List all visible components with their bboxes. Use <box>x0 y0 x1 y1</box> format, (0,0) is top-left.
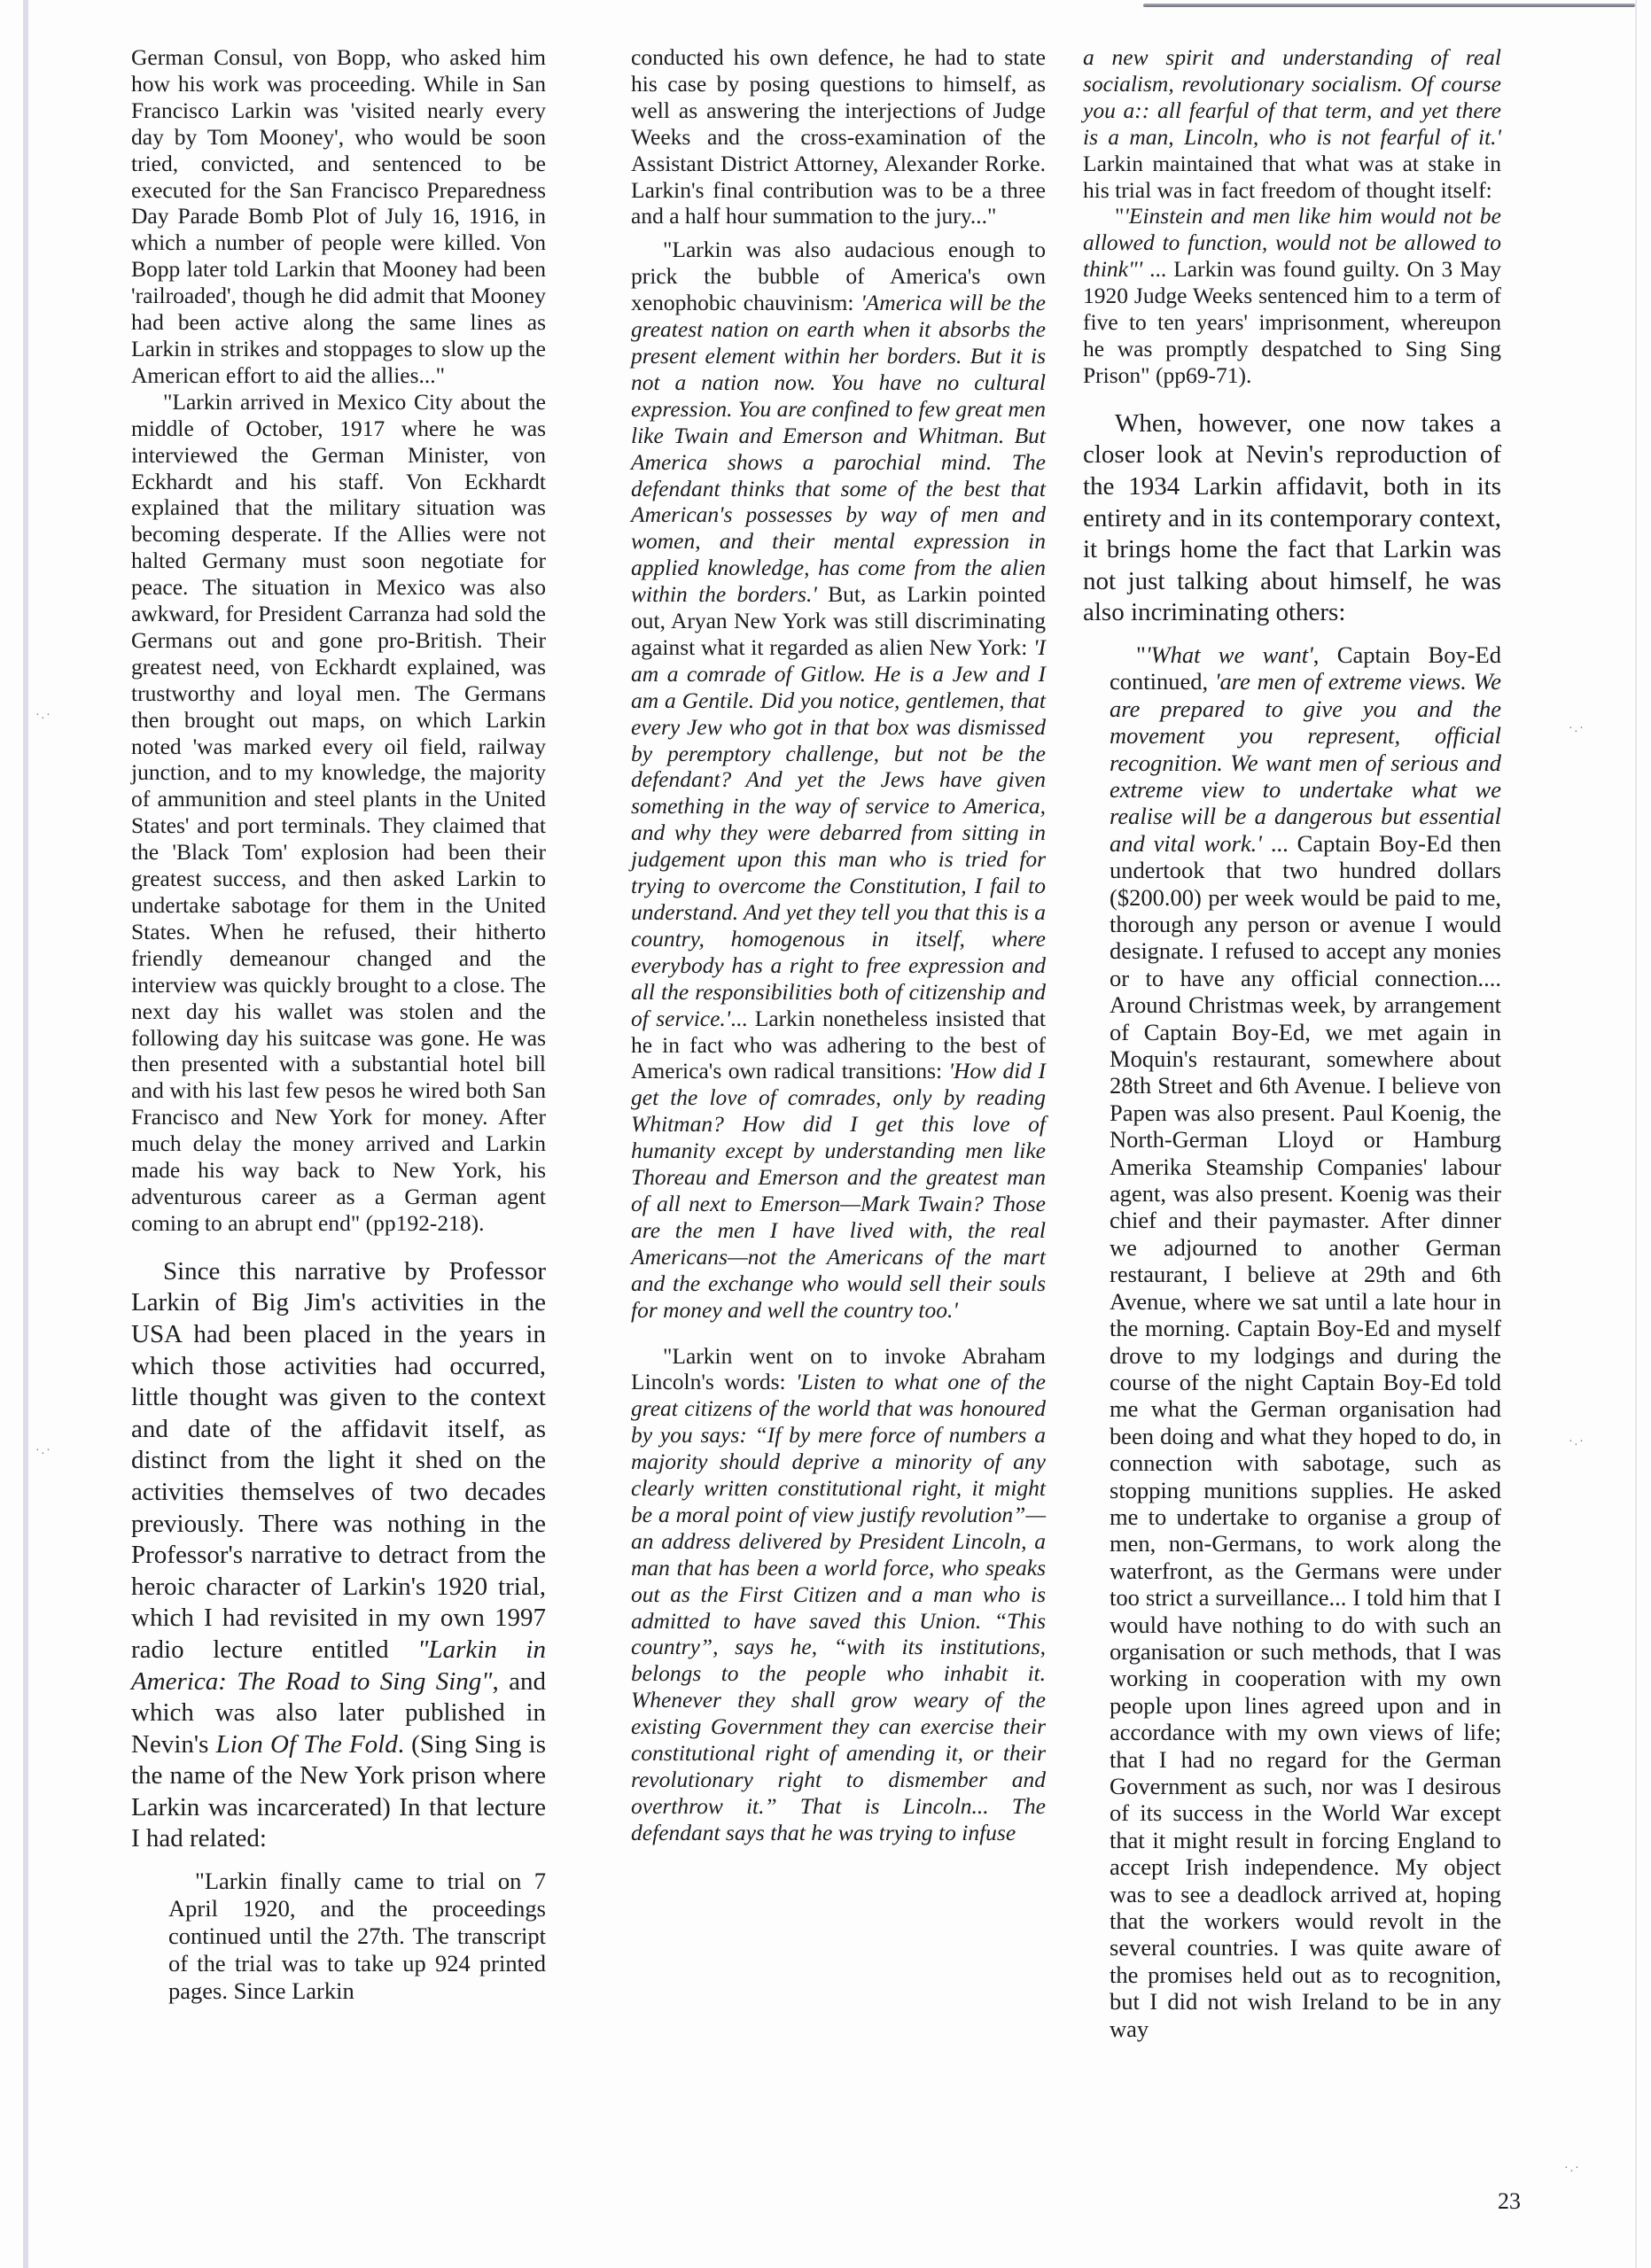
paragraph: Since this narrative by Professor Larkin… <box>131 1256 546 1855</box>
scan-speck: ·.· <box>35 1444 52 1458</box>
scan-speck: ·.· <box>35 709 52 723</box>
quote-italic: 'How did I get the love of comrades, onl… <box>631 1058 1046 1322</box>
quote-italic: a new spirit and understanding of real s… <box>1083 44 1501 150</box>
paragraph: "Larkin went on to invoke Abraham Lincol… <box>631 1343 1046 1846</box>
top-edge-rule <box>1143 4 1635 7</box>
paragraph: German Consul, von Bopp, who asked him h… <box>131 44 546 389</box>
paragraph: a new spirit and understanding of real s… <box>1083 44 1501 203</box>
scan-left-edge <box>23 0 28 2268</box>
quote-italic: 'are men of extreme views. We are prepar… <box>1110 668 1501 856</box>
text-column-right: a new spirit and understanding of real s… <box>1083 44 1501 2042</box>
paragraph: When, however, one now takes a closer lo… <box>1083 408 1501 629</box>
block-quote: "'What we want', Captain Boy-Ed continue… <box>1083 641 1501 2042</box>
paragraph: conducted his own defence, he had to sta… <box>631 44 1046 229</box>
book-title: Lion Of The Fold <box>216 1730 398 1759</box>
text-column-middle: conducted his own defence, he had to sta… <box>631 44 1046 1846</box>
paragraph: "Larkin arrived in Mexico City about the… <box>131 389 546 1237</box>
quote-italic: 'I am a comrade of Gitlow. He is a Jew a… <box>631 634 1046 1031</box>
scan-speck: ·.· <box>1564 2162 1581 2176</box>
paragraph: "'Einstein and men like him would not be… <box>1083 203 1501 388</box>
quote-italic: 'Listen to what one of the great citizen… <box>631 1369 1046 1845</box>
paragraph: "Larkin was also audacious enough to pri… <box>631 237 1046 1323</box>
quote-italic: 'What we want' <box>1146 641 1313 668</box>
scan-speck: ·.· <box>1569 722 1585 736</box>
scan-speck: ·.· <box>1569 1435 1585 1449</box>
scan-right-edge <box>1635 0 1637 2268</box>
quote-italic: 'America will be the greatest nation on … <box>631 290 1046 607</box>
text-column-left: German Consul, von Bopp, who asked him h… <box>131 44 546 2005</box>
page-number: 23 <box>1498 2188 1521 2215</box>
block-quote: "Larkin finally came to trial on 7 April… <box>131 1868 546 2005</box>
